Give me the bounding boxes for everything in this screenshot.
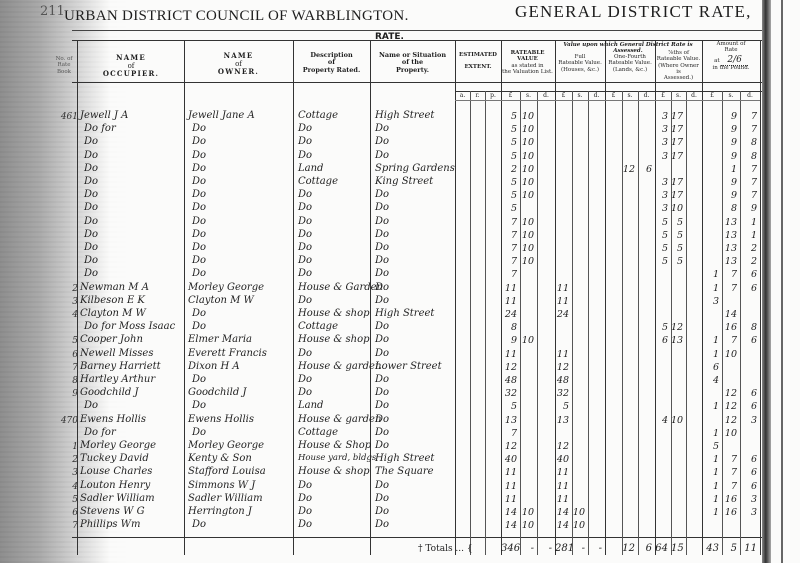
property-situation: The Square [375,466,434,477]
unit-label: £ [702,92,722,99]
occupier-name: Newell Misses [80,348,153,359]
owner_val-value: 5 [671,217,683,228]
rv-value: 10 [520,230,534,241]
rv-value: 11 [501,296,517,307]
rv-value: 5 [501,137,517,148]
owner-name: Do [192,427,206,438]
rv-value: 48 [501,375,517,386]
amount-value: 6 [740,269,757,280]
property-situation: Do [375,321,389,332]
amount-value: 13 [722,230,737,241]
occupier-name: Jewell J A [80,110,128,121]
amount-value: 7 [722,335,737,346]
owner_val-value: 5 [671,243,683,254]
rate-book-number: 3 [52,297,78,307]
property-situation: Do [375,414,389,425]
rv-value: 7 [501,217,517,228]
column-rule [293,40,294,555]
owner_val-value: 17 [671,190,683,201]
owner-name: Do [192,176,206,187]
full-value: 11 [555,494,569,505]
amount-value: 6 [740,401,757,412]
rv-value: 11 [501,494,517,505]
property-description: Do [298,493,312,504]
full-value: 11 [555,481,569,492]
rv-value: 10 [520,177,534,188]
amount-value: 3 [740,494,757,505]
unit-label: d. [588,92,605,99]
property-description: Do [298,216,312,227]
rate-in-pound: 2/6 [721,55,747,66]
total-owner_val: 64 [655,543,668,554]
amount-value: 1 [702,401,719,412]
unit-label: a. [455,92,470,99]
col-one-fourth: One-FourthRateable Value.(Lands, &c.) [605,54,655,73]
rv-value: 10 [520,243,534,254]
amount-value: 6 [702,362,719,373]
amount-value: 16 [722,494,737,505]
amount-value: 6 [740,283,757,294]
page-edge [781,0,783,563]
unit-label: d. [537,92,555,99]
page-number: 211 [40,4,65,19]
rv-value: 2 [501,164,517,175]
property-situation: Do [375,189,389,200]
occupier-name: Phillips Wm [80,519,140,530]
property-description: Cottage [298,427,338,438]
amount-value: 7 [722,269,737,280]
rv-value: 5 [501,177,517,188]
rv-value: 7 [501,256,517,267]
subcolumn-rule [686,91,687,555]
amount-value: 16 [722,507,737,518]
rv-value: 10 [520,124,534,135]
owner-name: Dixon H A [188,361,240,372]
amount-value: 7 [740,177,757,188]
col-full-value: FullRateable Value.(Houses, &c.) [555,54,605,73]
occupier-name: Do [84,150,98,161]
occupier-name: Newman M A [80,282,149,293]
owner-name: Do [192,150,206,161]
amount-value: 9 [740,203,757,214]
rate-book-number: 1 [52,442,78,452]
property-situation: Spring Gardens [375,163,455,174]
property-situation: Do [375,334,389,345]
rv-value: 24 [501,309,517,320]
rv-value: 10 [520,335,534,346]
total-amount: 43 [702,543,719,554]
occupier-name: Do [84,136,98,147]
rv-value: 5 [501,111,517,122]
full-value: 11 [555,283,569,294]
property-description: House & garden [298,361,381,372]
owner_val-value: 17 [671,124,683,135]
property-description: Do [298,136,312,147]
total-rv: - [537,543,552,554]
property-situation: Do [375,202,389,213]
amount-value: 10 [722,349,737,360]
amount-value: 1 [702,269,719,280]
full-value: 12 [555,441,569,452]
amount-value: 1 [740,230,757,241]
rv-value: 14 [501,520,517,531]
full-value: 32 [555,388,569,399]
amount-value: 13 [722,256,737,267]
rv-value: 10 [520,151,534,162]
rate-book-number: 6 [52,350,78,360]
full-value: 14 [555,520,569,531]
occupier-name: Louse Charles [80,466,152,477]
owner_val-value: 6 [655,335,668,346]
rv-value: 11 [501,349,517,360]
full-value: 12 [555,362,569,373]
occupier-name: Do [84,229,98,240]
rv-value: 5 [501,401,517,412]
rv-value: 5 [501,124,517,135]
rv-value: 32 [501,388,517,399]
property-description: House & shop [298,466,369,477]
occupier-name: Do [84,189,98,200]
occupier-name: Barney Harriett [80,361,161,372]
property-description: House & shop [298,334,369,345]
property-description: Do [298,189,312,200]
amount-value: 14 [722,309,737,320]
rv-value: 10 [520,111,534,122]
occupier-name: Do [84,268,98,279]
amount-value: 1 [702,283,719,294]
total-rv: - [520,543,534,554]
occupier-name: Clayton M W [80,308,146,319]
amount-value: 9 [722,111,737,122]
property-description: Do [298,123,312,134]
owner-name: Do [192,189,206,200]
subcolumn-rule [622,91,623,555]
rv-value: 10 [520,507,534,518]
owner-name: Do [192,202,206,213]
rate-book-number: 3 [52,468,78,478]
amount-value: 13 [722,243,737,254]
amount-value: 1 [722,164,737,175]
property-description: Do [298,202,312,213]
property-description: House & Shop [298,440,371,451]
owner-name: Everett Francis [188,348,267,359]
amount-value: 12 [722,401,737,412]
property-description: Do [298,229,312,240]
owner-name: Do [192,163,206,174]
property-situation: Do [375,229,389,240]
amount-value: 9 [722,151,737,162]
amount-value: 8 [740,322,757,333]
amount-value: 1 [702,349,719,360]
owner_val-value: 3 [655,151,668,162]
council-title: URBAN DISTRICT COUNCIL OF WARBLINGTON. [64,8,409,25]
subcolumn-rule [470,91,471,555]
amount-value: 3 [740,415,757,426]
rv-value: 10 [520,190,534,201]
occupier-name: Kilbeson E K [80,295,145,306]
unit-label: d. [638,92,655,99]
occupier-name: Tuckey David [80,453,149,464]
total-owner_val: 15 [671,543,683,554]
unit-label: £ [655,92,671,99]
amount-value: 6 [740,335,757,346]
total-full: 281 [555,543,569,554]
owner_val-value: 3 [655,111,668,122]
full-value: 11 [555,349,569,360]
total-amount: 5 [722,543,737,554]
owner_val-value: 3 [655,177,668,188]
amount-value: 2 [740,243,757,254]
owner_val-value: 10 [671,203,683,214]
owner-name: Do [192,400,206,411]
owner-name: Goodchild J [188,387,246,398]
owner_val-value: 17 [671,151,683,162]
owner_val-value: 17 [671,111,683,122]
property-description: Do [298,374,312,385]
owner-name: Do [192,136,206,147]
owner-name: Morley George [188,282,264,293]
property-situation: Do [375,255,389,266]
column-rule [760,40,761,555]
rv-value: 40 [501,454,517,465]
property-situation: Do [375,506,389,517]
occupier-name: Do [84,176,98,187]
property-situation: Do [375,427,389,438]
owner-name: Do [192,268,206,279]
unit-rule [455,100,760,101]
owner-name: Do [192,374,206,385]
occupier-name: Do [84,255,98,266]
rv-value: 7 [501,243,517,254]
amount-value: 7 [722,283,737,294]
unit-label: s. [671,92,686,99]
rv-value: 10 [520,217,534,228]
col-amount: Amount ofRate at 2/6 in the Pound. [702,41,760,71]
amount-value: 1 [702,335,719,346]
property-situation: Lower Street [375,361,442,372]
total-full: - [588,543,602,554]
property-description: House & Garden [298,282,383,293]
rv-value: 14 [501,507,517,518]
property-situation: Do [375,216,389,227]
property-situation: Do [375,400,389,411]
occupier-name: Sadler William [80,493,155,504]
property-situation: High Street [375,308,434,319]
unit-label: d. [740,92,760,99]
occupier-name: Goodchild J [80,387,138,398]
rate-book-number: 4 [52,482,78,492]
owner-name: Do [192,308,206,319]
owner-name: Do [192,242,206,253]
unit-label: p. [485,92,501,99]
occupier-name: Do [84,400,98,411]
occupier-name: Louton Henry [80,480,150,491]
amount-value: 8 [740,151,757,162]
rate-book-number: 4 [52,310,78,320]
owner_val-value: 3 [655,190,668,201]
total-full: - [572,543,585,554]
occupier-name: Ewens Hollis [80,414,146,425]
owner_val-value: 5 [655,243,668,254]
quarter-value: 12 [622,164,635,175]
occupier-name: Cooper John [80,334,143,345]
quarter-value: 6 [638,164,652,175]
property-description: House yard, bldgs [298,453,376,463]
amount-value: 3 [740,507,757,518]
amount-value: 7 [722,481,737,492]
amount-value: 7 [722,467,737,478]
amount-value: 9 [722,177,737,188]
rv-value: 12 [501,362,517,373]
owner-name: Do [192,229,206,240]
unit-label: s. [722,92,740,99]
column-rule [370,40,371,555]
occupier-name: Do for Moss Isaac [84,321,175,332]
full-value: 24 [555,309,569,320]
property-situation: Do [375,136,389,147]
amount-value: 7 [740,124,757,135]
rate-book-number: 461 [52,112,78,122]
occupier-name: Stevens W G [80,506,145,517]
rate-book-number: 7 [52,363,78,373]
amount-value: 12 [722,388,737,399]
rate-label: RATE. [375,32,404,42]
amount-value: 7 [740,190,757,201]
rv-value: 10 [520,256,534,267]
owner-name: Clayton M W [188,295,254,306]
rv-value: 10 [520,520,534,531]
subcolumn-rule [537,91,538,555]
full-value: 11 [555,467,569,478]
amount-value: 6 [740,467,757,478]
col-situation: Name or Situationof theProperty. [370,52,455,74]
total-amount: 11 [740,543,757,554]
property-description: Do [298,242,312,253]
rate-title: GENERAL DISTRICT RATE, [515,2,752,22]
total-quarter: 6 [638,543,652,554]
property-situation: Do [375,123,389,134]
unit-label: £ [555,92,572,99]
occupier-name: Do for [84,427,116,438]
occupier-name: Do [84,202,98,213]
unit-label: £ [605,92,622,99]
occupier-name: Hartley Arthur [80,374,155,385]
property-situation: Do [375,493,389,504]
property-situation: Do [375,150,389,161]
owner_val-value: 13 [671,335,683,346]
rate-book-number: 2 [52,284,78,294]
rv-value: 7 [501,269,517,280]
owner_val-value: 5 [655,256,668,267]
property-situation: High Street [375,453,434,464]
column-rule [455,40,456,555]
owner-name: Herrington J [188,506,252,517]
amount-value: 8 [722,203,737,214]
total-quarter: 12 [622,543,635,554]
property-description: Do [298,480,312,491]
owner_val-value: 3 [655,124,668,135]
amount-value: 1 [702,454,719,465]
full-value: 5 [555,401,569,412]
col-rateable-value: RATEABLE VALUEas stated inthe Valuation … [501,50,554,75]
rv-value: 5 [501,151,517,162]
rv-value: 10 [520,137,534,148]
owner-name: Do [192,519,206,530]
property-description: Land [298,400,323,411]
owner-name: Kenty & Son [188,453,252,464]
amount-value: 8 [740,137,757,148]
property-situation: Do [375,519,389,530]
property-situation: King Street [375,176,433,187]
unit-label: s. [572,92,588,99]
col-description: DescriptionofProperty Rated. [293,52,370,74]
occupier-name: Do [84,163,98,174]
rate-book-number: 8 [52,376,78,386]
rv-value: 12 [501,441,517,452]
property-description: Do [298,387,312,398]
amount-value: 1 [740,217,757,228]
full-value: 10 [572,507,585,518]
amount-value: 6 [740,388,757,399]
owner-name: Sadler William [188,493,263,504]
property-situation: Do [375,480,389,491]
rate-book-number: 2 [52,455,78,465]
amount-value: 16 [722,322,737,333]
unit-label: £ [501,92,520,99]
col-owner-assessed: ⅞ths ofRateable Value.(Where Owner isAss… [655,50,702,82]
col-owner: NAMEofOWNER. [184,52,293,76]
property-description: Do [298,506,312,517]
amount-value: 1 [702,428,719,439]
owner_val-value: 5 [671,256,683,267]
full-value: 48 [555,375,569,386]
owner_val-value: 10 [671,415,683,426]
property-situation: Do [375,282,389,293]
total-rv: 346 [501,543,517,554]
property-description: Cottage [298,321,338,332]
rv-value: 13 [501,415,517,426]
full-value: 11 [555,296,569,307]
amount-value: 1 [702,467,719,478]
owner-name: Elmer Maria [188,334,252,345]
property-description: Cottage [298,176,338,187]
property-situation: High Street [375,110,434,121]
amount-value: 7 [740,164,757,175]
totals-label: † Totals ... { [418,544,473,554]
rate-book-number: 5 [52,495,78,505]
amount-value: 1 [702,507,719,518]
rv-value: 7 [501,428,517,439]
property-situation: Do [375,242,389,253]
full-value: 10 [572,520,585,531]
col-occupier: NAMEofOCCUPIER. [78,54,184,78]
amount-value: 1 [702,494,719,505]
book-binding-edge [762,0,771,563]
owner-name: Do [192,216,206,227]
rv-value: 11 [501,283,517,294]
property-situation: Do [375,374,389,385]
property-situation: Do [375,348,389,359]
amount-value: 9 [722,137,737,148]
owner-name: Jewell Jane A [188,110,255,121]
rate-book-number: 5 [52,336,78,346]
rate-book-number: 7 [52,521,78,531]
amount-value: 13 [722,217,737,228]
property-situation: Do [375,268,389,279]
property-description: Do [298,348,312,359]
property-situation: Do [375,440,389,451]
amount-value: 1 [702,481,719,492]
